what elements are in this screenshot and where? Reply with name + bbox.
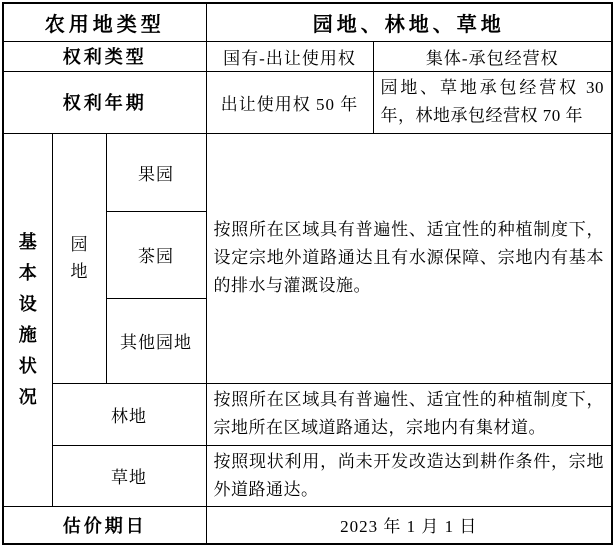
infrastructure-header: 基 本 设 施 状 况 [3,133,52,506]
infrastructure-char: 设 [19,289,37,320]
right-type-state-value: 国有-出让使用权 [206,41,373,71]
orchard-group-vertical-text: 园 地 [71,231,88,285]
valuation-date-header: 估价期日 [3,506,206,544]
row-orchard-fruit: 基 本 设 施 状 况 园 地 果园 按照所在区域具有普遍性、适宜性的种植制度下… [3,133,612,211]
right-term-header: 权利年期 [3,71,206,133]
infrastructure-char: 基 [19,227,37,258]
valuation-date-value: 2023 年 1 月 1 日 [206,506,612,544]
infrastructure-header-vertical-text: 基 本 设 施 状 况 [19,227,37,413]
infrastructure-char: 状 [19,351,37,382]
right-term-state-value: 出让使用权 50 年 [206,71,373,133]
orchard-group-char: 园 [71,231,88,258]
subtype-tea-orchard: 茶园 [106,211,206,298]
forest-label: 林地 [52,383,206,445]
grass-description: 按照现状利用，尚未开发改造达到耕作条件，宗地外道路通达。 [206,445,612,506]
right-term-collective-value: 园地、草地承包经营权 30 年，林地承包经营权 70 年 [373,71,612,133]
land-type-header: 农用地类型 [3,3,206,41]
land-appraisal-table: 农用地类型 园地、林地、草地 权利类型 国有-出让使用权 集体-承包经营权 权利… [2,2,613,545]
row-land-type: 农用地类型 园地、林地、草地 [3,3,612,41]
right-type-header: 权利类型 [3,41,206,71]
forest-description: 按照所在区域具有普遍性、适宜性的种植制度下，宗地所在区域道路通达，宗地内有集材道… [206,383,612,445]
orchard-group-header: 园 地 [52,133,106,383]
infrastructure-char: 施 [19,320,37,351]
infrastructure-char: 本 [19,258,37,289]
row-grass: 草地 按照现状利用，尚未开发改造达到耕作条件，宗地外道路通达。 [3,445,612,506]
row-valuation-date: 估价期日 2023 年 1 月 1 日 [3,506,612,544]
land-type-value: 园地、林地、草地 [206,3,612,41]
row-right-term: 权利年期 出让使用权 50 年 园地、草地承包经营权 30 年，林地承包经营权 … [3,71,612,133]
subtype-other-orchard: 其他园地 [106,298,206,383]
right-type-collective-value: 集体-承包经营权 [373,41,612,71]
orchard-group-char: 地 [71,258,88,285]
infrastructure-char: 况 [19,382,37,413]
orchard-description: 按照所在区域具有普遍性、适宜性的种植制度下，设定宗地外道路通达且有水源保障、宗地… [206,133,612,383]
subtype-fruit-orchard: 果园 [106,133,206,211]
row-forest: 林地 按照所在区域具有普遍性、适宜性的种植制度下，宗地所在区域道路通达，宗地内有… [3,383,612,445]
grass-label: 草地 [52,445,206,506]
row-right-type: 权利类型 国有-出让使用权 集体-承包经营权 [3,41,612,71]
